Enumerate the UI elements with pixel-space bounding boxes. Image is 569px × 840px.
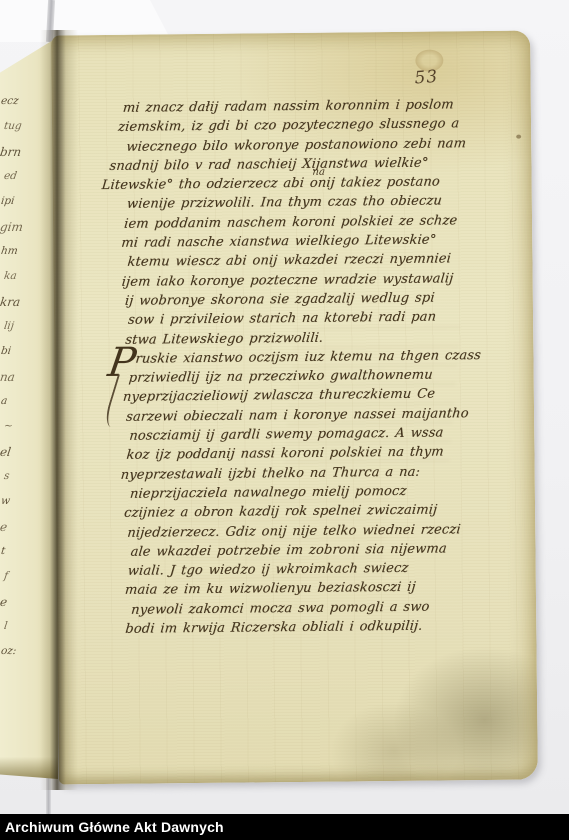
left-page-text-fragment: kra <box>0 295 21 309</box>
page-number: 53 <box>414 67 439 89</box>
left-page-text-fragment: lij <box>3 320 15 332</box>
left-page-text-fragment: na <box>0 370 16 384</box>
manuscript-page: 53 P na mi znacz dałij radam nassim koro… <box>51 31 538 785</box>
left-page-text-fragment: oz: <box>0 645 17 657</box>
left-page-text-fragment: w <box>0 495 11 507</box>
archive-name: Archiwum Główne Akt Dawnych <box>0 819 224 835</box>
left-page-text-fragment: e <box>0 595 8 609</box>
left-page-text-fragment: e <box>0 520 8 534</box>
left-page-text-fragment: bi <box>0 345 12 357</box>
left-page-text-fragment: el <box>0 445 12 459</box>
left-page-text-fragment: ka <box>3 270 17 282</box>
left-page-text-fragment: ecz <box>0 95 19 107</box>
manuscript-lines: mi znacz dałij radam nassim koronnim i p… <box>123 95 477 639</box>
left-page-text-fragment: l <box>3 620 8 632</box>
manuscript-line: bodi im krwija Riczerska obliali i odkup… <box>124 616 477 639</box>
left-page-text-fragment: gim <box>0 220 24 234</box>
left-page-text-fragment: ed <box>3 170 18 182</box>
left-page-text-fragment: brn <box>0 145 22 159</box>
left-page-text-fragment: hm <box>0 245 18 257</box>
ink-speck <box>516 135 521 139</box>
archival-photo: ecztugbrnedipigimhmkakralijbinaa~elswetf… <box>0 0 569 840</box>
book-cradle-rod-bottom <box>46 774 51 816</box>
left-page-text-fragment: ipi <box>0 195 15 207</box>
left-page-text-fragment: tug <box>3 120 22 132</box>
left-page-edge: ecztugbrnedipigimhmkakralijbinaa~elswetf… <box>0 37 58 779</box>
left-page-text-fragment: s <box>3 470 10 482</box>
left-page-text-fragment: a <box>0 395 8 407</box>
archive-caption-bar: Archiwum Główne Akt Dawnych <box>0 814 569 840</box>
handwritten-text-block: P na mi znacz dałij radam nassim koronni… <box>123 95 477 639</box>
left-page-text-fragment: t <box>0 545 6 557</box>
left-page-text-fragment: f <box>3 570 9 582</box>
left-page-text-fragment: ~ <box>3 420 13 432</box>
